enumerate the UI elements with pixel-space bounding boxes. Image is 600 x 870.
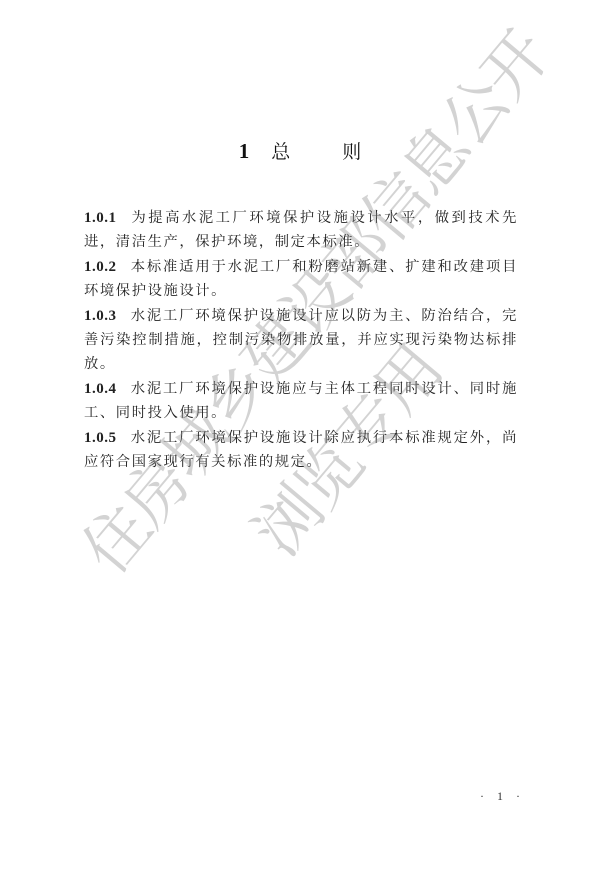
clause-number: 1.0.3 <box>84 308 117 324</box>
clause-list: 1.0.1为提高水泥工厂环境保护设施设计水平，做到技术先进，清洁生产，保护环境，… <box>84 206 518 474</box>
clause-text: 本标准适用于水泥工厂和粉磨站新建、扩建和改建项目环境保护设施设计。 <box>84 259 518 299</box>
chapter-title-char-1: 总 <box>271 137 290 164</box>
chapter-title: 1总则 <box>0 137 600 164</box>
page-number: · 1 · <box>480 789 525 804</box>
clause-number: 1.0.1 <box>84 210 117 226</box>
document-page: 1总则 1.0.1为提高水泥工厂环境保护设施设计水平，做到技术先进，清洁生产，保… <box>0 0 600 870</box>
chapter-title-char-2: 则 <box>342 137 361 164</box>
clause-text: 为提高水泥工厂环境保护设施设计水平，做到技术先进，清洁生产，保护环境，制定本标准… <box>84 210 518 250</box>
clause-1-0-2: 1.0.2本标准适用于水泥工厂和粉磨站新建、扩建和改建项目环境保护设施设计。 <box>84 255 518 304</box>
clause-text: 水泥工厂环境保护设施设计除应执行本标准规定外，尚应符合国家现行有关标准的规定。 <box>84 430 518 470</box>
clause-text: 水泥工厂环境保护设施设计应以防为主、防治结合，完善污染控制措施，控制污染物排放量… <box>84 308 518 373</box>
chapter-number: 1 <box>239 139 250 163</box>
clause-number: 1.0.2 <box>84 259 117 275</box>
clause-1-0-4: 1.0.4水泥工厂环境保护设施应与主体工程同时设计、同时施工、同时投入使用。 <box>84 377 518 426</box>
clause-text: 水泥工厂环境保护设施应与主体工程同时设计、同时施工、同时投入使用。 <box>84 381 518 421</box>
clause-1-0-5: 1.0.5水泥工厂环境保护设施设计除应执行本标准规定外，尚应符合国家现行有关标准… <box>84 426 518 475</box>
clause-number: 1.0.5 <box>84 430 117 446</box>
clause-1-0-3: 1.0.3水泥工厂环境保护设施设计应以防为主、防治结合，完善污染控制措施，控制污… <box>84 304 518 377</box>
clause-number: 1.0.4 <box>84 381 117 397</box>
clause-1-0-1: 1.0.1为提高水泥工厂环境保护设施设计水平，做到技术先进，清洁生产，保护环境，… <box>84 206 518 255</box>
